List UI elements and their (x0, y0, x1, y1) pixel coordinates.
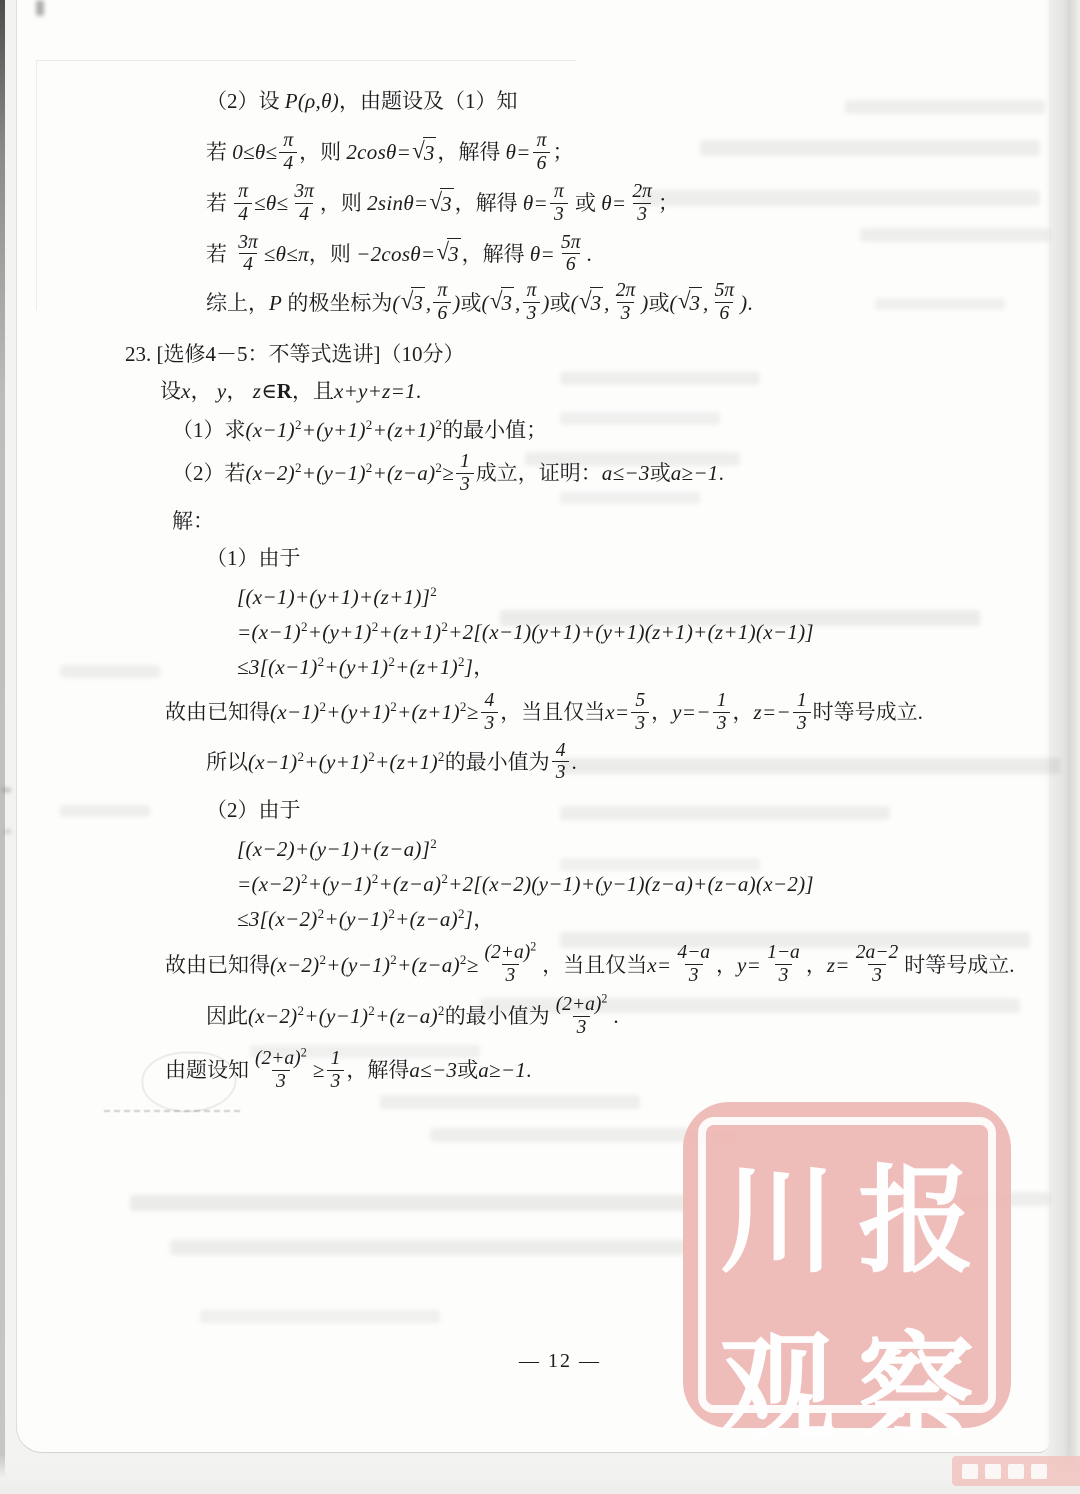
text-run: 设 (160, 376, 181, 406)
math-run: P (269, 288, 282, 318)
math-run: z= (827, 950, 850, 980)
text-run: ， (716, 950, 737, 980)
fraction: 13 (327, 1048, 345, 1093)
text-run: 综上， (206, 288, 269, 318)
text-run: 若 (206, 188, 232, 218)
text-run: . (586, 239, 591, 269)
fraction: π4 (279, 130, 297, 175)
seal-char: 川 (709, 1128, 847, 1295)
fraction: 5π6 (557, 232, 585, 277)
fraction: π6 (533, 130, 551, 175)
text-run: ， (473, 904, 494, 934)
text-run: 成立，证明： (476, 458, 602, 488)
text-run: 或 (650, 458, 671, 488)
seal-char: 察 (847, 1295, 985, 1462)
text-run: ∈ (261, 376, 277, 406)
text-run: 由题设知 (165, 1055, 249, 1085)
formula-line: 设x， y， z∈R，且x+y+z=1. (0, 376, 1080, 406)
fraction: 3π4 (290, 181, 318, 226)
math-run: , (515, 288, 521, 318)
math-run: ( (571, 288, 578, 318)
square-root: √3 (579, 287, 603, 318)
text-run: 的最小值为 (445, 747, 550, 777)
text-run: . (613, 1001, 618, 1031)
fraction: (2+a)23 (552, 994, 612, 1039)
text-run: 或 (649, 288, 670, 318)
math-run: , (703, 288, 709, 318)
text-run: 若 (206, 137, 232, 167)
math-run: ) (641, 288, 648, 318)
math-run: ( (482, 288, 489, 318)
text-run: （2）若 (172, 458, 246, 488)
text-run: 或 (457, 1055, 478, 1085)
fraction: 4−a3 (673, 942, 714, 987)
math-run: θ= (523, 188, 548, 218)
text-run: ， (806, 950, 827, 980)
math-run: ≤θ≤ (254, 188, 288, 218)
math-run: [(x−2)+(y−1)+(z−a)]2 (237, 834, 437, 864)
math-run: R (277, 376, 292, 406)
math-run: (x−2)2+(y−1)2+(z−a)2≥ (270, 950, 479, 980)
text-run: ，解得 (346, 1055, 409, 1085)
square-root: √3 (436, 238, 460, 269)
formula-line: 若 π4≤θ≤3π4，则 2sinθ=√3，解得 θ=π3 或 θ=2π3； (0, 181, 1080, 226)
formula-line: （1）由于 (0, 543, 1080, 573)
red-seal-watermark: 川 报 观 察 (683, 1102, 1011, 1428)
text-run: 若 (206, 239, 232, 269)
text-run: ， (227, 376, 253, 406)
fraction: 13 (713, 690, 731, 735)
text-run: ， (732, 697, 753, 727)
text-run: （2）由于 (206, 795, 301, 825)
text-run: 时等号成立. (813, 697, 923, 727)
math-run: ≤3[(x−1)2+(y+1)2+(z+1)2] (237, 652, 473, 682)
math-run: (x−2)2+(y−1)2+(z−a)2 (248, 1001, 445, 1031)
math-run: 0≤θ≤ (232, 137, 277, 167)
fraction: 53 (631, 690, 649, 735)
math-run: (x−1)2+(y+1)2+(z+1)2 (248, 747, 445, 777)
fraction: π4 (234, 181, 252, 226)
formula-line: （2）由于 (0, 795, 1080, 825)
text-run: ，解得 (437, 137, 505, 167)
formula-line: 若 0≤θ≤π4，则 2cosθ=√3，解得 θ=π6； (0, 130, 1080, 175)
formula-line: ≤3[(x−1)2+(y+1)2+(z+1)2]， (0, 652, 1080, 682)
math-run: ) (740, 288, 747, 318)
formula-line: 故由已知得(x−2)2+(y−1)2+(z−a)2≥(2+a)23，当且仅当x=… (0, 942, 1080, 987)
text-run: ，解得 (455, 188, 523, 218)
math-run: P(ρ,θ) (285, 86, 339, 116)
fraction: 2a−23 (852, 942, 902, 987)
bleed-through-artifact (36, 0, 44, 16)
text-run: ，解得 (462, 239, 530, 269)
square-root: √3 (678, 287, 702, 318)
text-run: 因此 (206, 1001, 248, 1031)
text-run: 所以 (206, 747, 248, 777)
text-run: ， (651, 697, 672, 727)
text-run: ，则 (309, 239, 356, 269)
math-run: a≥−1 (478, 1055, 526, 1085)
math-run: −2cosθ= (356, 239, 435, 269)
math-run: ≤θ≤π (264, 239, 309, 269)
seal-char: 观 (709, 1295, 847, 1462)
math-run: (x−1)2+(y+1)2+(z+1)2 (246, 415, 443, 445)
math-run: θ= (506, 137, 531, 167)
text-run: ， (191, 376, 217, 406)
bleed-through-artifact (130, 1195, 690, 1211)
math-run: y=− (672, 697, 711, 727)
math-run: θ= (601, 188, 626, 218)
corner-watermark-remnant (952, 1456, 1080, 1486)
text-run: ； (552, 137, 573, 167)
text-run: 解： (172, 506, 214, 536)
text-run: 故由已知得 (165, 697, 270, 727)
square-root: √3 (401, 287, 425, 318)
math-run: ≤3[(x−2)2+(y−1)2+(z−a)2] (237, 904, 473, 934)
math-run: (x−1)2+(y+1)2+(z+1)2≥ (270, 697, 479, 727)
fraction: π3 (523, 280, 541, 325)
solution-text-block: （2）设 P(ρ,θ)，由题设及（1）知若 0≤θ≤π4，则 2cosθ=√3，… (0, 86, 1080, 1093)
math-run: a≤−3 (602, 458, 650, 488)
formula-line: [(x−2)+(y−1)+(z−a)]2 (0, 834, 1080, 864)
math-run: ( (392, 288, 399, 318)
text-run: 或 (461, 288, 482, 318)
fraction: 1−a3 (763, 942, 804, 987)
fraction: π3 (550, 181, 568, 226)
text-run: （2）设 (206, 86, 285, 116)
formula-line: 因此(x−2)2+(y−1)2+(z−a)2的最小值为(2+a)23. (0, 994, 1080, 1039)
pencil-line-artifact (104, 1110, 240, 1112)
text-run: （1）求 (172, 415, 246, 445)
fraction: 5π6 (711, 280, 739, 325)
formula-line: 故由已知得(x−1)2+(y+1)2+(z+1)2≥43，当且仅当x=53，y=… (0, 690, 1080, 735)
text-run: ，则 (299, 137, 346, 167)
math-run: y (217, 376, 227, 406)
text-run: ，由题设及（1）知 (339, 86, 518, 116)
text-run: （1）由于 (206, 543, 301, 573)
math-run: y= (737, 950, 761, 980)
math-run: 2cosθ= (346, 137, 411, 167)
fraction: (2+a)23 (251, 1048, 311, 1093)
text-run: ， (473, 652, 494, 682)
fraction: π6 (433, 280, 451, 325)
math-run: 2sinθ= (367, 188, 428, 218)
math-run: x= (647, 950, 671, 980)
formula-line: （2）若(x−2)2+(y−1)2+(z−a)2≥13成立，证明：a≤−3或a≥… (0, 451, 1080, 496)
fraction: (2+a)23 (481, 942, 541, 987)
text-run: 或 (550, 288, 571, 318)
text-run: ； (658, 188, 679, 218)
text-run: . (526, 1055, 531, 1085)
text-run: 23. [选修4－5：不等式选讲]（10分） (125, 339, 465, 369)
text-run: 的最小值为 (445, 1001, 550, 1031)
square-root: √3 (490, 287, 514, 318)
math-run: [(x−1)+(y+1)+(z+1)]2 (237, 582, 437, 612)
text-run: 时等号成立. (904, 950, 1014, 980)
fraction: 13 (456, 451, 474, 496)
math-run: ≥ (313, 1055, 325, 1085)
math-run: θ= (530, 239, 555, 269)
formula-line: 综上，P 的极坐标为(√3,π6)或(√3,π3)或(√3,2π3)或(√3,5… (0, 280, 1080, 325)
formula-line: 解： (0, 506, 1080, 536)
math-run: (x−2)2+(y−1)2+(z−a)2≥ (246, 458, 455, 488)
math-run: , (426, 288, 432, 318)
math-run: , (604, 288, 610, 318)
text-run: ，则 (320, 188, 367, 218)
math-run: =(x−2)2+(y−1)2+(z−a)2+2[(x−2)(y−1)+(y−1)… (237, 869, 814, 899)
square-root: √3 (412, 137, 436, 168)
math-run: z (253, 376, 261, 406)
math-run: x= (605, 697, 629, 727)
math-run: a≥−1 (671, 458, 719, 488)
formula-line: 所以(x−1)2+(y+1)2+(z+1)2的最小值为43. (0, 740, 1080, 785)
fraction: 2π3 (628, 181, 656, 226)
math-run: z=− (753, 697, 790, 727)
formula-line: =(x−2)2+(y−1)2+(z−a)2+2[(x−2)(y−1)+(y−1)… (0, 869, 1080, 899)
formula-line: [(x−1)+(y+1)+(z+1)]2 (0, 582, 1080, 612)
square-root: √3 (429, 188, 453, 219)
math-run: a≤−3 (409, 1055, 457, 1085)
seal-char: 报 (847, 1128, 985, 1295)
text-run: ，且 (292, 376, 334, 406)
fraction: 43 (481, 690, 499, 735)
math-run: ) (542, 288, 549, 318)
fraction: 3π4 (234, 232, 262, 277)
math-run: ( (670, 288, 677, 318)
formula-line: （1）求(x−1)2+(y+1)2+(z+1)2的最小值； (0, 415, 1080, 445)
formula-line: 23. [选修4－5：不等式选讲]（10分） (0, 339, 1080, 369)
bleed-through-artifact (170, 1240, 690, 1255)
text-run: 的最小值； (442, 415, 547, 445)
fraction: 13 (793, 690, 811, 735)
math-run: x+y+z=1 (334, 376, 416, 406)
bleed-through-artifact (200, 1310, 440, 1323)
text-run: . (719, 458, 724, 488)
text-run: 或 (570, 188, 602, 218)
formula-line: （2）设 P(ρ,θ)，由题设及（1）知 (0, 86, 1080, 116)
formula-line: 若 3π4≤θ≤π，则 −2cosθ=√3，解得 θ=5π6. (0, 232, 1080, 277)
formula-line: ≤3[(x−2)2+(y−1)2+(z−a)2]， (0, 904, 1080, 934)
text-run: . (571, 747, 576, 777)
text-run: ，当且仅当 (542, 950, 647, 980)
formula-line: 由题设知(2+a)23≥13，解得a≤−3或a≥−1. (0, 1048, 1080, 1093)
fraction: 43 (552, 740, 570, 785)
math-run: =(x−1)2+(y+1)2+(z+1)2+2[(x−1)(y+1)+(y+1)… (237, 617, 814, 647)
text-run: 的极坐标为 (282, 288, 392, 318)
math-run: x (181, 376, 191, 406)
bleed-through-artifact (380, 1095, 640, 1109)
formula-line: =(x−1)2+(y+1)2+(z+1)2+2[(x−1)(y+1)+(y+1)… (0, 617, 1080, 647)
fraction: 2π3 (612, 280, 640, 325)
text-run: ，当且仅当 (500, 697, 605, 727)
text-run: . (416, 376, 421, 406)
math-run: ) (453, 288, 460, 318)
paper-corner-line (36, 60, 576, 61)
text-run: 故由已知得 (165, 950, 270, 980)
text-run: . (747, 288, 752, 318)
seal-characters: 川 报 观 察 (709, 1128, 985, 1402)
